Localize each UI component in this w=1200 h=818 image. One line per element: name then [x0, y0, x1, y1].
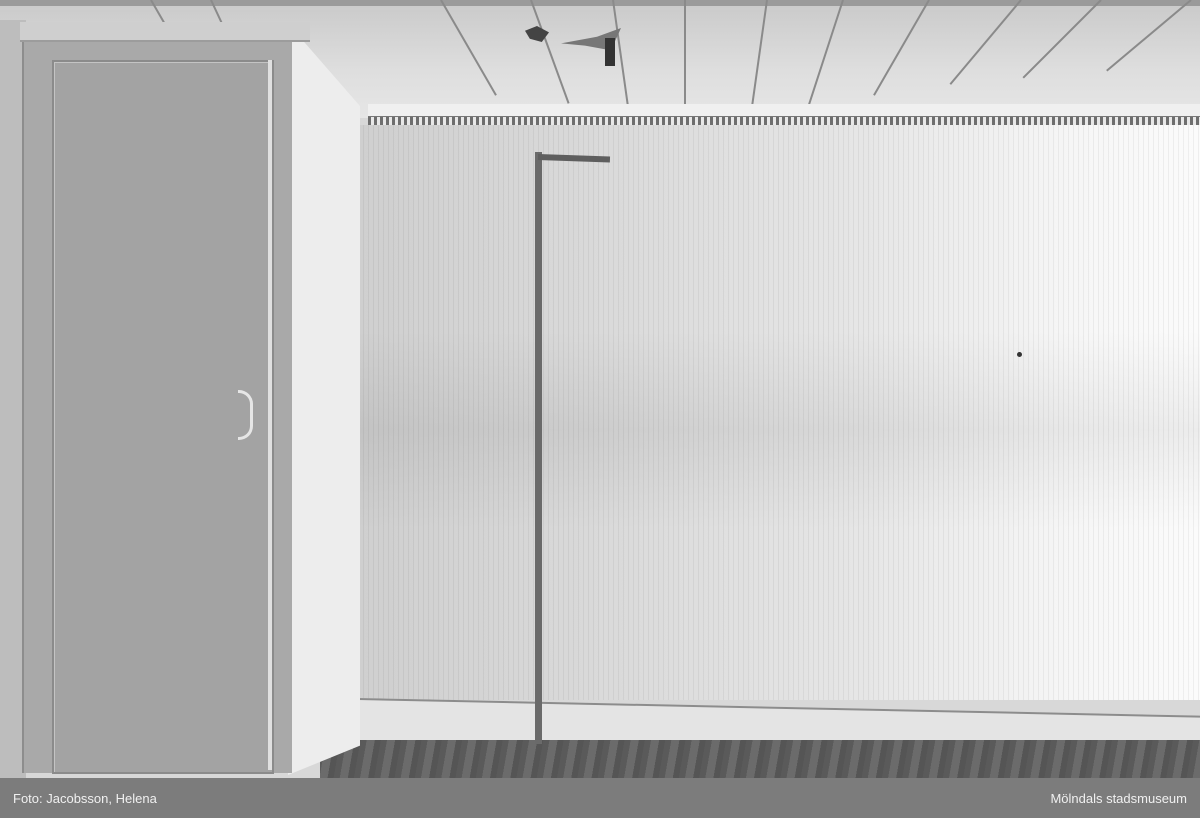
museum-name: Mölndals stadsmuseum	[1050, 791, 1187, 806]
floor	[320, 740, 1200, 778]
fixture-part	[525, 26, 549, 42]
wall-shade	[358, 330, 1200, 530]
photograph	[0, 0, 1200, 778]
ceiling-board	[684, 0, 686, 110]
wall-mark	[1017, 352, 1022, 357]
ceiling-board	[1023, 0, 1102, 78]
fixture-part	[605, 38, 615, 66]
measuring-rod	[535, 152, 542, 744]
ceiling-board	[440, 0, 497, 96]
door-handle	[238, 390, 253, 440]
credit-bar: Foto: Jacobsson, Helena Mölndals stadsmu…	[0, 778, 1200, 818]
cornice	[368, 104, 1200, 116]
cabinet-side	[288, 40, 360, 775]
photo-credit: Foto: Jacobsson, Helena	[13, 791, 157, 806]
ceiling-lamp-fixture	[525, 18, 625, 58]
ceiling-board	[808, 0, 844, 105]
cabinet-top	[20, 22, 310, 42]
ceiling-board	[873, 0, 930, 96]
ceiling-board	[950, 0, 1022, 85]
cabinet-door-edge	[268, 60, 272, 770]
ceiling-board	[751, 0, 768, 109]
ceiling-board	[1106, 0, 1192, 71]
